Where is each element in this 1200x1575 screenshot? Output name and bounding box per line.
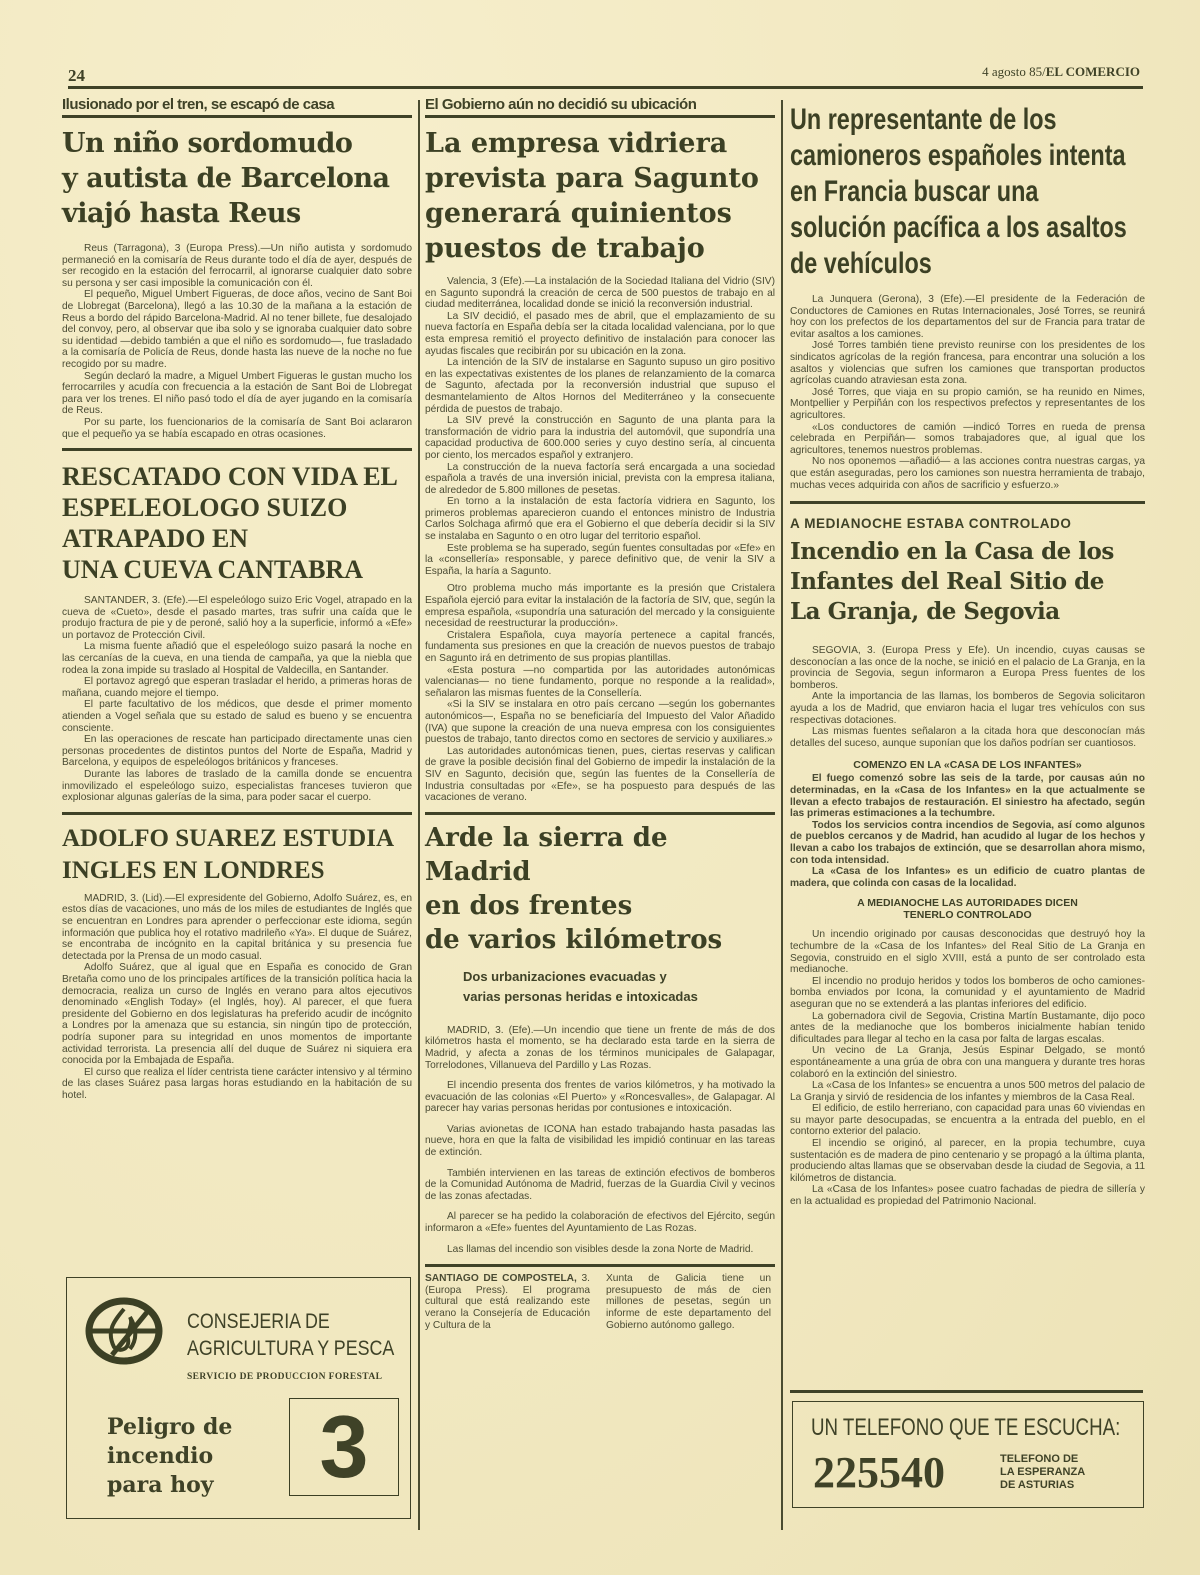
paragraph: SEGOVIA, 3. (Europa Press y Efe). Un inc…: [790, 645, 1145, 691]
headline-line: ADOLFO SUAREZ ESTUDIA: [62, 823, 412, 855]
paragraph: El portavoz agregó que esperan trasladar…: [62, 676, 412, 699]
paragraph: La construcción de la nueva factoría ser…: [425, 462, 775, 497]
headline-line: ATRAPADO EN: [62, 523, 412, 554]
paragraph: Al parecer se ha pedido la colaboración …: [425, 1211, 775, 1234]
issue-date: 4 agosto 85: [982, 64, 1042, 79]
headline-line: La empresa vidriera: [425, 126, 775, 161]
article-camioneros: Un representante de los camioneros españ…: [790, 102, 1145, 491]
paragraph: «Si la SIV se instalara en otro país cer…: [425, 699, 775, 745]
headline-line: Un niño sordomudo: [62, 126, 412, 161]
subhead: COMENZO EN LA «CASA DE LOS INFANTES»: [790, 759, 1145, 771]
paragraph: El parte facultativo de los médicos, que…: [62, 699, 412, 734]
newspaper-page: 24 4 agosto 85/EL COMERCIO Ilusionado po…: [0, 0, 1200, 1575]
headline-line: INGLES EN LONDRES: [62, 855, 412, 887]
headline-line: ESPELEOLOGO SUIZO: [62, 492, 412, 523]
paragraph: La gobernadora civil de Segovia, Cristin…: [790, 1011, 1145, 1046]
headline-line: Incendio en la Casa de los: [790, 537, 1145, 567]
no-fire-icon: [84, 1295, 164, 1367]
article-body: SANTANDER, 3. (Efe).—El espeleólogo suiz…: [62, 595, 412, 804]
header-rule: [68, 86, 1143, 89]
headline-line: viajó hasta Reus: [62, 196, 412, 231]
kicker: A MEDIANOCHE ESTABA CONTROLADO: [790, 516, 1145, 531]
column-1: Ilusionado por el tren, se escapó de cas…: [62, 96, 412, 1101]
section-rule: [62, 812, 412, 815]
headline-line: en dos frentes: [425, 889, 775, 923]
paragraph: En las operaciones de rescate han partic…: [62, 734, 412, 769]
column-2: El Gobierno aún no decidió su ubicación …: [425, 96, 775, 1331]
section-rule: [62, 448, 412, 451]
article-sagunto: El Gobierno aún no decidió su ubicación …: [425, 96, 775, 804]
fire-danger-ad: CONSEJERIA DE AGRICULTURA Y PESCA SERVIC…: [66, 1277, 411, 1519]
section-rule: [425, 1264, 775, 1267]
article-body: La Junquera (Gerona), 3 (Efe).—El presid…: [790, 294, 1145, 491]
paragraph: José Torres también tiene previsto reuni…: [790, 340, 1145, 386]
headline-line: de vehículos: [790, 246, 1145, 282]
headline-line: camioneros españoles intenta: [790, 138, 1145, 174]
article-reus: Ilusionado por el tren, se escapó de cas…: [62, 96, 412, 440]
article-body-bold: El fuego comenzó sobre las seis de la ta…: [790, 773, 1145, 889]
paragraph: Un incendio originado por causas descono…: [790, 929, 1145, 975]
subhead-line: A MEDIANOCHE LAS AUTORIDADES DICEN: [790, 897, 1145, 909]
section-rule: [425, 812, 775, 815]
paragraph: Las autoridades autonómicas tienen, pues…: [425, 746, 775, 804]
subheadline-line: Dos urbanizaciones evacuadas y: [463, 967, 775, 987]
paragraph: José Torres, que viaja en su propio cami…: [790, 387, 1145, 422]
article-body: Un incendio originado por causas descono…: [790, 929, 1145, 1207]
paragraph: La misma fuente añadió que el espeleólog…: [62, 641, 412, 676]
paragraph: El incendio presenta dos frentes de vari…: [425, 1080, 775, 1115]
newspaper-name: EL COMERCIO: [1046, 64, 1140, 79]
kicker: El Gobierno aún no decidió su ubicación: [425, 96, 775, 118]
ad-caption: TELEFONO DE LA ESPERANZA DE ASTURIAS: [1000, 1453, 1085, 1492]
brief-santiago: SANTIAGO DE COMPOSTELA, 3. (Europa Press…: [425, 1273, 775, 1331]
article-body: MADRID, 3. (Efe).—Un incendio que tiene …: [425, 1025, 775, 1256]
paragraph: En torno a la instalación de esta factor…: [425, 496, 775, 542]
page-number: 24: [68, 66, 85, 86]
article-espeleologo: RESCATADO CON VIDA EL ESPELEOLOGO SUIZO …: [62, 461, 412, 804]
paragraph: SANTANDER, 3. (Efe).—El espeleólogo suiz…: [62, 595, 412, 641]
masthead-date: 4 agosto 85/EL COMERCIO: [982, 64, 1140, 80]
headline-line: RESCATADO CON VIDA EL: [62, 461, 412, 492]
paragraph: La «Casa de los Infantes» se encuentra a…: [790, 1080, 1145, 1103]
paragraph: La «Casa de los Infantes» es un edificio…: [790, 866, 1145, 889]
section-rule: [790, 1390, 1143, 1393]
subhead: A MEDIANOCHE LAS AUTORIDADES DICEN TENER…: [790, 897, 1145, 921]
paragraph: El pequeño, Miguel Umbert Figueras, de d…: [62, 289, 412, 370]
paragraph: Cristalera Española, cuya mayoría perten…: [425, 630, 775, 665]
headline: RESCATADO CON VIDA EL ESPELEOLOGO SUIZO …: [62, 461, 412, 585]
headline-line: Arde la sierra de Madrid: [425, 821, 775, 889]
subheadline-line: varias personas heridas e intoxicadas: [463, 987, 775, 1007]
headline-line: Un representante de los: [790, 102, 1145, 138]
caption-line: TELEFONO DE: [1000, 1453, 1085, 1466]
headline-line: y autista de Barcelona: [62, 161, 412, 196]
paragraph: La «Casa de los Infantes» posee cuatro f…: [790, 1184, 1145, 1207]
headline-line: prevista para Sagunto: [425, 161, 775, 196]
paragraph: La Junquera (Gerona), 3 (Efe).—El presid…: [790, 294, 1145, 340]
article-body: Valencia, 3 (Efe).—La instalación de la …: [425, 276, 775, 804]
headline-line: en Francia buscar una: [790, 174, 1145, 210]
danger-level: 3: [320, 1403, 369, 1491]
paragraph: Otro problema mucho más importante es la…: [425, 583, 775, 629]
section-rule: [790, 501, 1145, 504]
label-line: Peligro de: [107, 1413, 232, 1442]
org-line: CONSEJERIA DE: [187, 1308, 394, 1335]
headline-line: La Granja, de Segovia: [790, 597, 1145, 627]
headline-line: de varios kilómetros: [425, 923, 775, 957]
paragraph: El incendio no produjo heridos y todos l…: [790, 976, 1145, 1011]
article-sierra-madrid: Arde la sierra de Madrid en dos frentes …: [425, 821, 775, 1256]
ad-title: UN TELEFONO QUE TE ESCUCHA:: [811, 1414, 1120, 1442]
article-suarez: ADOLFO SUAREZ ESTUDIA INGLES EN LONDRES …: [62, 823, 412, 1102]
headline: ADOLFO SUAREZ ESTUDIA INGLES EN LONDRES: [62, 823, 412, 887]
paragraph: El incendio se originó, al parecer, en l…: [790, 1138, 1145, 1184]
subheadline: Dos urbanizaciones evacuadas y varias pe…: [463, 967, 775, 1007]
paragraph: Adolfo Suárez, que al igual que en Españ…: [62, 962, 412, 1066]
article-body: Reus (Tarragona), 3 (Europa Press).—Un n…: [62, 243, 412, 440]
paragraph: Durante las labores de traslado de la ca…: [62, 769, 412, 804]
caption-line: LA ESPERANZA: [1000, 1466, 1085, 1479]
headline-line: UNA CUEVA CANTABRA: [62, 554, 412, 585]
org-line: AGRICULTURA Y PESCA: [187, 1335, 394, 1362]
subhead-line: TENERLO CONTROLADO: [790, 909, 1145, 921]
headline: Incendio en la Casa de los Infantes del …: [790, 537, 1145, 627]
danger-level-box: 3: [289, 1398, 399, 1496]
paragraph: El edificio, de estilo herreriano, con c…: [790, 1103, 1145, 1138]
phone-ad: UN TELEFONO QUE TE ESCUCHA: 225540 TELEF…: [792, 1401, 1144, 1508]
paragraph: Por su parte, los fuencionarios de la co…: [62, 417, 412, 440]
label-line: para hoy: [107, 1471, 232, 1500]
paragraph: Las llamas del incendio son visibles des…: [425, 1244, 775, 1256]
ad-service: SERVICIO DE PRODUCCION FORESTAL: [187, 1372, 382, 1382]
headline-line: puestos de trabajo: [425, 231, 775, 266]
paragraph: Todos los servicios contra incendios de …: [790, 820, 1145, 866]
caption-line: DE ASTURIAS: [1000, 1479, 1085, 1492]
paragraph: Varias avionetas de ICONA han estado tra…: [425, 1124, 775, 1159]
paragraph: También intervienen en las tareas de ext…: [425, 1168, 775, 1203]
paragraph: No nos oponemos —añadió— a las acciones …: [790, 456, 1145, 491]
paragraph: MADRID, 3. (Lid).—El expresidente del Go…: [62, 893, 412, 963]
danger-label: Peligro de incendio para hoy: [107, 1413, 232, 1500]
headline: Arde la sierra de Madrid en dos frentes …: [425, 821, 775, 957]
kicker: Ilusionado por el tren, se escapó de cas…: [62, 96, 412, 118]
paragraph: Las mismas fuentes señalaron a la citada…: [790, 726, 1145, 749]
paragraph: La intención de la SIV de instalarse en …: [425, 357, 775, 415]
headline-line: solución pacífica a los asaltos: [790, 210, 1145, 246]
paragraph: El curso que realiza el líder centrista …: [62, 1067, 412, 1102]
headline-line: generará quinientos: [425, 196, 775, 231]
paragraph: Este problema se ha superado, según fuen…: [425, 543, 775, 578]
article-la-granja: A MEDIANOCHE ESTABA CONTROLADO Incendio …: [790, 516, 1145, 1208]
label-line: incendio: [107, 1442, 232, 1471]
column-3: Un representante de los camioneros españ…: [790, 102, 1145, 1208]
paragraph: «Esta postura —no compartida por las aut…: [425, 665, 775, 700]
brief-left: SANTIAGO DE COMPOSTELA, 3. (Europa Press…: [425, 1273, 590, 1331]
column-divider: [418, 100, 420, 1530]
paragraph: Valencia, 3 (Efe).—La instalación de la …: [425, 276, 775, 311]
paragraph: La SIV prevé la construcción en Sagunto …: [425, 415, 775, 461]
paragraph: MADRID, 3. (Efe).—Un incendio que tiene …: [425, 1025, 775, 1071]
paragraph: Un vecino de La Granja, Jesús Espinar De…: [790, 1045, 1145, 1080]
paragraph: Reus (Tarragona), 3 (Europa Press).—Un n…: [62, 243, 412, 289]
brief-right: Xunta de Galicia tiene un presupuesto de…: [606, 1273, 771, 1331]
headline: Un niño sordomudo y autista de Barcelona…: [62, 126, 412, 231]
headline-line: Infantes del Real Sitio de: [790, 567, 1145, 597]
phone-number: 225540: [813, 1448, 945, 1498]
ad-organization: CONSEJERIA DE AGRICULTURA Y PESCA: [187, 1308, 394, 1362]
article-body: MADRID, 3. (Lid).—El expresidente del Go…: [62, 893, 412, 1102]
column-divider: [781, 100, 783, 1530]
paragraph: Según declaró la madre, a Miguel Umbert …: [62, 371, 412, 417]
brief-dateline: SANTIAGO DE COMPOSTELA,: [425, 1273, 577, 1284]
headline: La empresa vidriera prevista para Sagunt…: [425, 126, 775, 266]
headline: Un representante de los camioneros españ…: [790, 102, 1145, 282]
paragraph: Ante la importancia de las llamas, los b…: [790, 691, 1145, 726]
paragraph: La SIV decidió, el pasado mes de abril, …: [425, 311, 775, 357]
article-body: SEGOVIA, 3. (Europa Press y Efe). Un inc…: [790, 645, 1145, 749]
paragraph: El fuego comenzó sobre las seis de la ta…: [790, 773, 1145, 819]
paragraph: «Los conductores de camión —indicó Torre…: [790, 422, 1145, 457]
